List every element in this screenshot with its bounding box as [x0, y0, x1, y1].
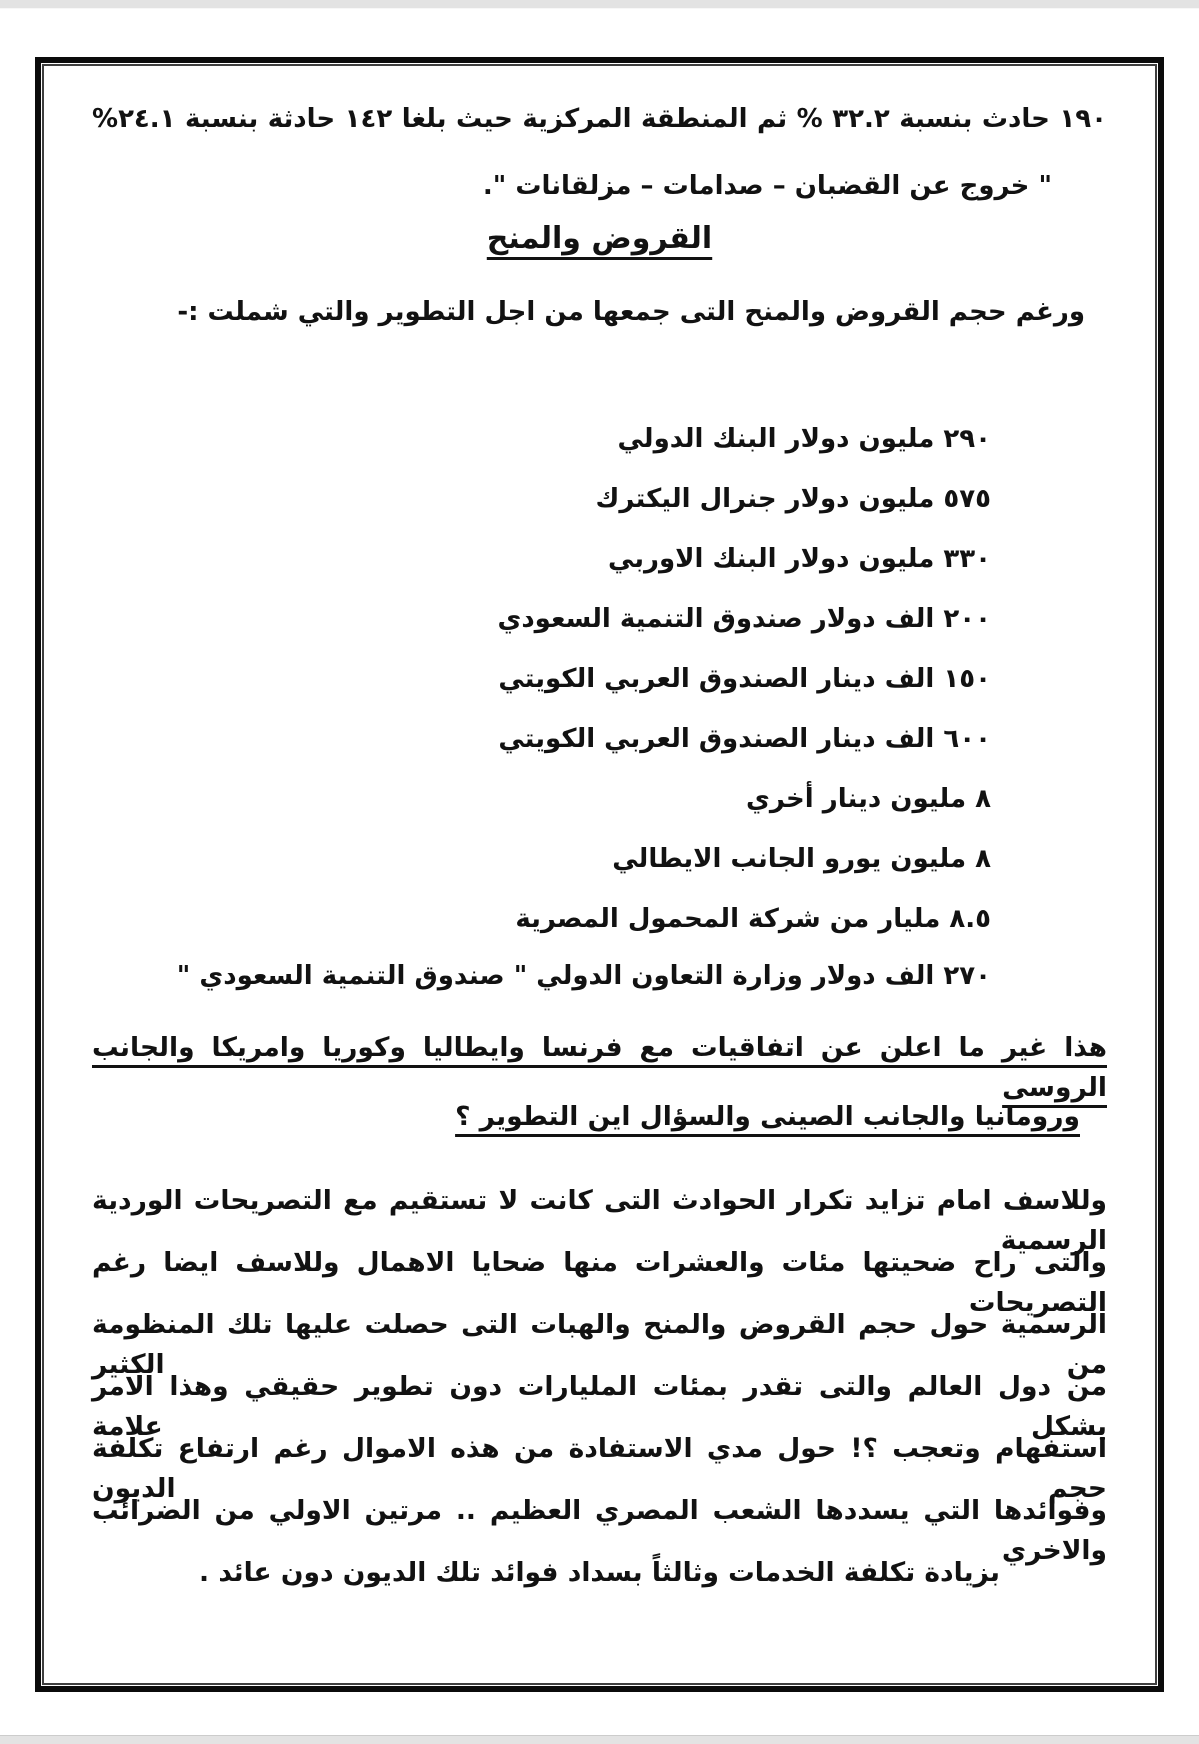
loan-item: ٦٠٠ الف دينار الصندوق العربي الكويتي [92, 719, 991, 759]
body-line-last: بزيادة تكلفة الخدمات وثالثاً بسداد فوائد… [92, 1553, 1107, 1593]
section-heading: القروض والمنح [92, 216, 1107, 262]
scan-artifact-bottom-bar [0, 1735, 1199, 1744]
loan-item: ٨ مليون دينار أخري [92, 779, 991, 819]
loan-item: ١٥٠ الف دينار الصندوق العربي الكويتي [92, 659, 991, 699]
scan-artifact-top-bar [0, 0, 1199, 9]
document-border-inner-line: ١٩٠ حادث بنسبة ٣٢.٢ % ثم المنطقة المركزي… [42, 64, 1157, 1685]
intro-line: ورغم حجم القروض والمنح التى جمعها من اجل… [92, 292, 1085, 332]
loan-item: ٨.٥ مليار من شركة المحمول المصرية [92, 899, 991, 939]
loan-item: ٢٩٠ مليون دولار البنك الدولي [92, 419, 991, 459]
scanned-document-page: ١٩٠ حادث بنسبة ٣٢.٢ % ثم المنطقة المركزي… [0, 0, 1199, 1744]
emphasis-line-2: ورومانيا والجانب الصينى والسؤال اين التط… [92, 1097, 1080, 1137]
loan-item: ٨ مليون يورو الجانب الايطالي [92, 839, 991, 879]
stats-line: ١٩٠ حادث بنسبة ٣٢.٢ % ثم المنطقة المركزي… [92, 99, 1107, 139]
loan-item: ٢٠٠ الف دولار صندوق التنمية السعودي [92, 599, 991, 639]
loan-item: ٣٣٠ مليون دولار البنك الاوربي [92, 539, 991, 579]
document-content: ١٩٠ حادث بنسبة ٣٢.٢ % ثم المنطقة المركزي… [92, 66, 1107, 1683]
emphasis-line-1: هذا غير ما اعلن عن اتفاقيات مع فرنسا واي… [92, 1028, 1107, 1108]
document-border-frame: ١٩٠ حادث بنسبة ٣٢.٢ % ثم المنطقة المركزي… [35, 57, 1164, 1692]
loan-item: ٢٧٠ الف دولار وزارة التعاون الدولي " صند… [92, 956, 991, 996]
loan-item: ٥٧٥ مليون دولار جنرال اليكترك [92, 479, 991, 519]
accident-types-line: " خروج عن القضبان – صدامات – مزلقانات ". [92, 166, 1052, 206]
